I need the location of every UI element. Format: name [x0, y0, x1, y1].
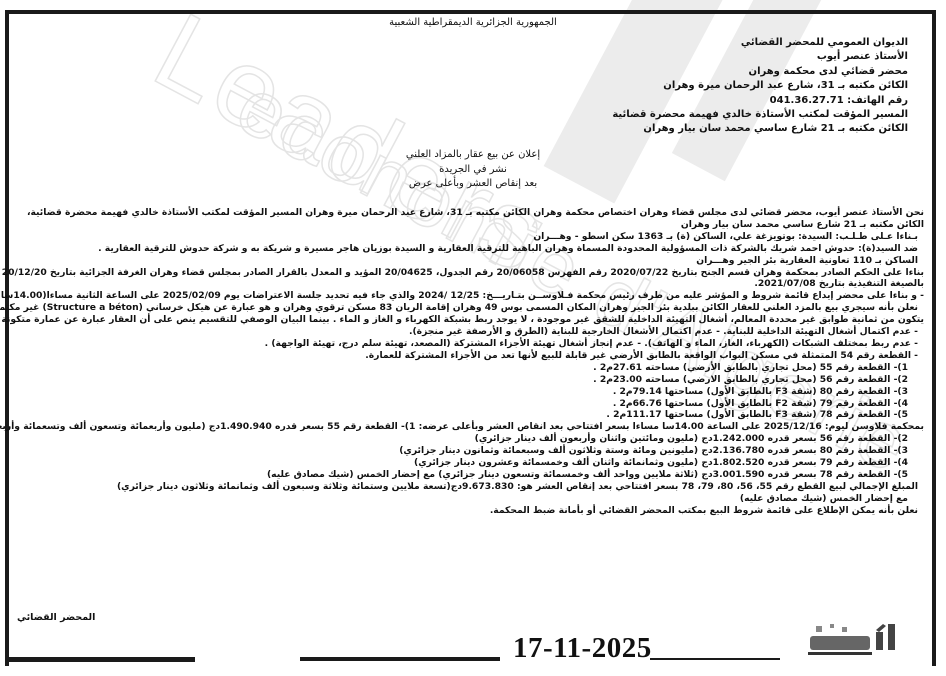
- lot-item: 3)- القطعة رقم 80 (شقة F3 بالطابق الأول)…: [19, 386, 924, 398]
- office-phone: رقم الهاتف: 041.36.27.71: [488, 94, 908, 108]
- frame-bottom-mid: [300, 657, 500, 661]
- office-line: الديوان العمومي للمحضر القضائي: [488, 36, 908, 50]
- lot-item: 5)- القطعة رقم 78 (شقة F3 بالطابق الأول)…: [19, 409, 924, 421]
- against-line: ضد السيد(ة): حدوش احمد شريك بالشركة ذات …: [19, 243, 924, 255]
- price-item: 4)- القطعة رقم 79 بسعر قدره 1.802.520دج …: [19, 457, 924, 469]
- price-item: 3)- القطعة رقم 80 بسعر قدره 2.136.780دج …: [19, 445, 924, 457]
- notice-body: نحن الأستاذ عنصر أيوب، محضر قضائي لدى مج…: [19, 207, 924, 517]
- newspaper-logo-icon: [780, 618, 905, 660]
- deposit-note: مع إحضار الخمس (شيك مصادق عليه): [19, 493, 924, 505]
- republic-header: الجمهورية الجزائرية الديمقراطية الشعبية: [300, 17, 646, 28]
- price-item: 5)- القطعة رقم 78 بسعر قدره 3.001.590دج …: [19, 469, 924, 481]
- request-line: بـناءا عـلى طـلـب: السيدة: بوتويزغة علي،…: [19, 231, 924, 243]
- announce-line: نعلن بأنه سيجري بيع بالمزد العلني للعقار…: [19, 302, 924, 314]
- total-line: المبلغ الإجمالي لبيع القطع رقم 55، 56، 8…: [19, 481, 924, 493]
- intro-paragraph: نحن الأستاذ عنصر أيوب، محضر قضائي لدى مج…: [19, 207, 924, 231]
- title-line: بعد إنقاص العشر وبأعلى عرض: [300, 177, 646, 192]
- signature: المحضر القضائي: [17, 612, 95, 623]
- judgment-line: بالصيغة التنفيذية بتاريخ 2021/07/08.: [19, 278, 924, 290]
- lot-item: 2)- القطعة رقم 56 (محل تجاري بالطابق الا…: [19, 374, 924, 386]
- residing-line: الساكن بـ 110 تعاونية العقارية بئر الجير…: [19, 255, 924, 267]
- office-line: الأستاذ عنصر أيوب: [488, 50, 908, 64]
- auction-line: بمحكمة فلاوسن ليوم: 2025/12/16 على الساع…: [19, 421, 924, 433]
- frame-bottom-left: [5, 657, 195, 662]
- judgment-line: بناءا على الحكم الصادر بمحكمة وهران قسم …: [19, 267, 924, 279]
- bailiff-office-block: الديوان العمومي للمحضر القضائي الأستاذ ع…: [488, 36, 908, 137]
- defect-line: - عدم ربط بمختلف الشبكات (الكهرباء، الغا…: [19, 338, 924, 350]
- title-line: نشر في الجريدة: [300, 163, 646, 178]
- price-item: 2)- القطعة رقم 56 بسعر قدره 1.242.000دج …: [19, 433, 924, 445]
- office-line: الكائن مكتبه بـ 21 شارع ساسي محمد سان بي…: [488, 122, 908, 136]
- defect-line: - عدم اكتمال أشغال التهيئة الداخلية للبن…: [19, 326, 924, 338]
- publication-date: 17-11-2025: [513, 632, 652, 665]
- title-line: إعلان عن بيع عقار بالمزاد العلني: [300, 148, 646, 163]
- announce-line: يتكون من ثمانية طوابق غير محددة المعالم،…: [19, 314, 924, 326]
- deposit-line: - و بناءا على محضر إيداع قائمة شروط و ال…: [19, 290, 924, 302]
- frame-bottom-right: [650, 658, 800, 660]
- consult-line: نعلن بأنه يمكن الإطلاع على قائمة شروط ال…: [19, 505, 924, 517]
- office-line: المسير المؤقت لمكتب الأستاذة خالدي فهيمة…: [488, 108, 908, 122]
- office-line: الكائن مكتبه بـ 31، شارع عبد الرحمان مير…: [488, 79, 908, 93]
- lot-item: 4)- القطعة رقم 79 (شقة F2 بالطابق الأول)…: [19, 398, 924, 410]
- office-line: محضر قضائي لدى محكمة وهران: [488, 65, 908, 79]
- notice-title: إعلان عن بيع عقار بالمزاد العلني نشر في …: [300, 148, 646, 192]
- lot-item: 1)- القطعة رقم 55 (محل تجاري بالطابق الأ…: [19, 362, 924, 374]
- defect-line: - القطعة رقم 54 المتمثلة في مسكن البواب …: [19, 350, 924, 362]
